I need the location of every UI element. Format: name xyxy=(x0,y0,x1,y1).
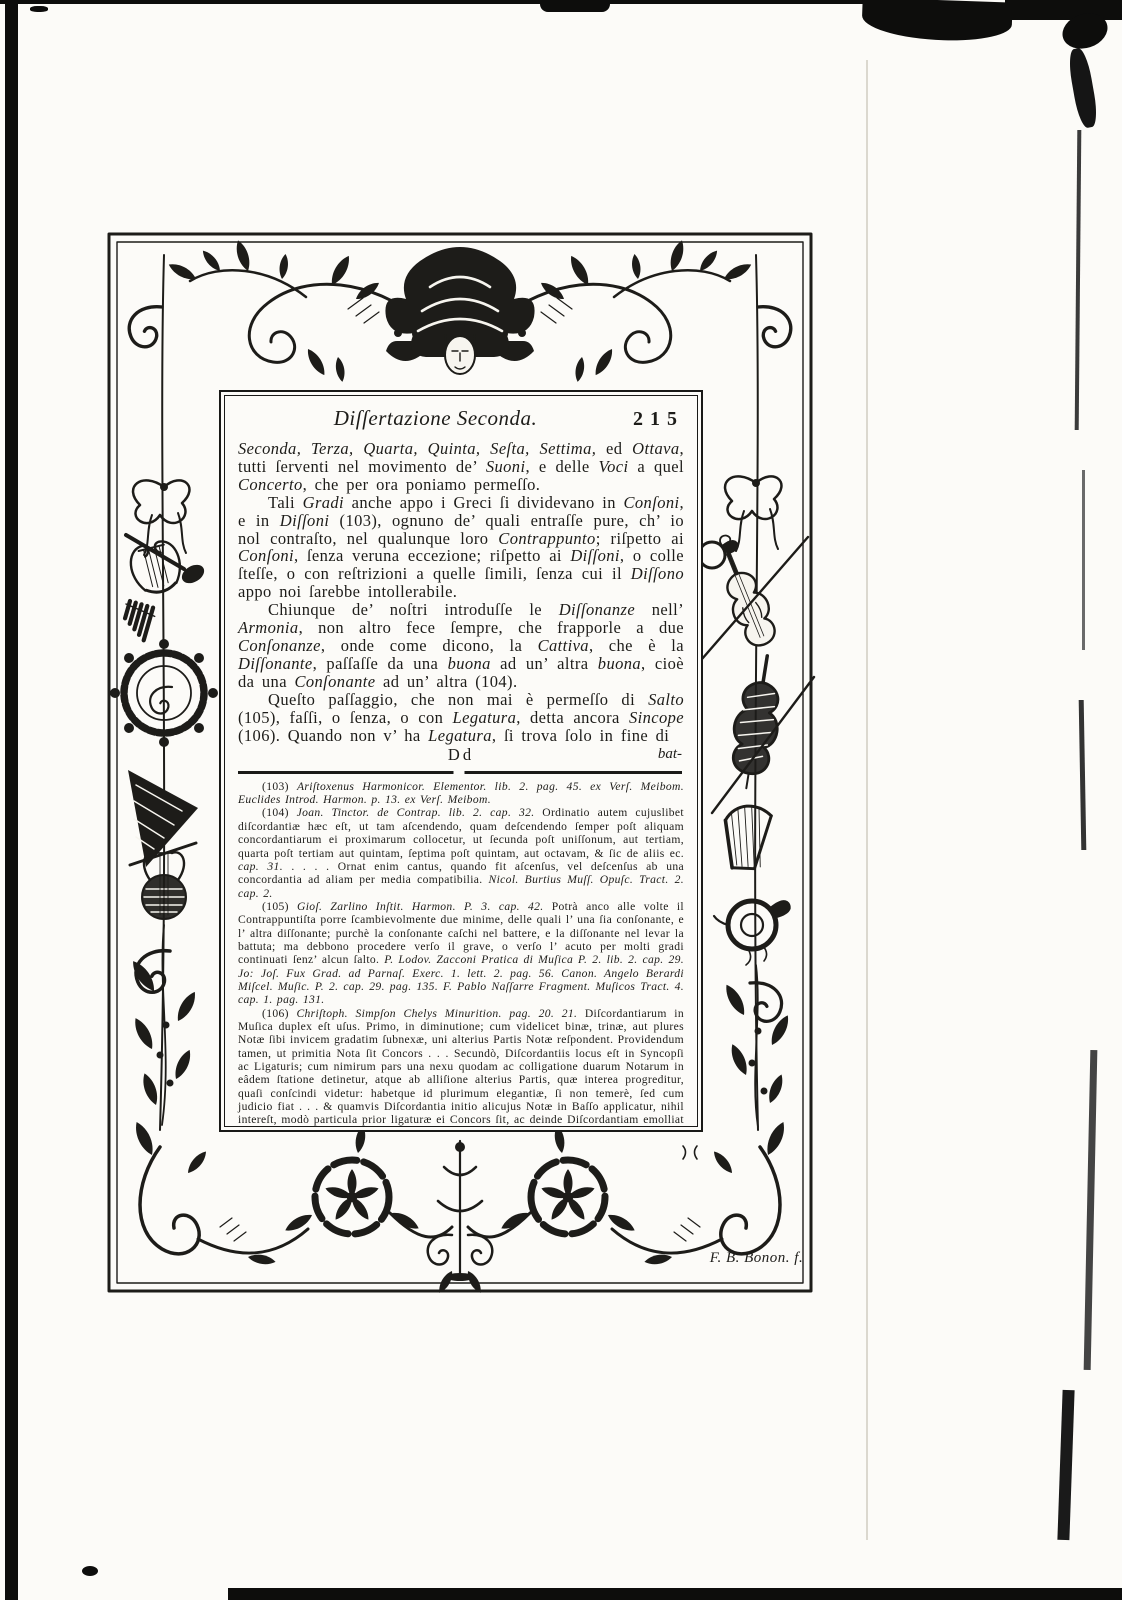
paragraph-3: Chiunque de’ noſtri introduſſe le Diſſon… xyxy=(238,601,684,691)
panpipes-icon xyxy=(118,600,157,641)
main-text: Seconda, Terza, Quarta, Quinta, Seſta, S… xyxy=(238,440,684,744)
book-page-scan: Diſſertazione Seconda. 215 Seconda, Terz… xyxy=(0,0,1122,1600)
violin-icon xyxy=(705,530,782,651)
scan-artifact xyxy=(1084,1050,1098,1370)
left-instrument-trophy xyxy=(110,255,218,1130)
catchword: bat- xyxy=(658,746,682,763)
footnote-rule xyxy=(238,771,682,773)
harp-icon xyxy=(724,802,778,872)
page-title: Diſſertazione Seconda. xyxy=(238,406,633,431)
footnote-104: (104) Joan. Tinctor. de Contrap. lib. 2.… xyxy=(238,806,684,899)
scan-artifact xyxy=(1075,130,1082,430)
page-edge-line xyxy=(866,60,868,1540)
text-box: Diſſertazione Seconda. 215 Seconda, Terz… xyxy=(219,390,703,1132)
footnote-106: (106) Chriſtoph. Simpſon Chelys Minuriti… xyxy=(238,1007,684,1127)
scan-artifact xyxy=(82,1566,98,1576)
footnote-105: (105) Gioſ. Zarlino Inſtit. Harmon. P. 3… xyxy=(238,900,684,1007)
scan-artifact xyxy=(228,1588,1122,1600)
paragraph-4: Queſto paſſaggio, che non mai è permeſſo… xyxy=(238,691,684,745)
footnotes: (103) Ariſtoxenus Harmonicor. Elementor.… xyxy=(238,780,684,1127)
bottom-ornament-band xyxy=(131,1120,788,1295)
scan-artifact xyxy=(1082,470,1085,650)
footnote-103: (103) Ariſtoxenus Harmonicor. Elementor.… xyxy=(238,780,684,807)
right-instrument-trophy xyxy=(699,255,814,1130)
paragraph-1: Seconda, Terza, Quarta, Quinta, Seſta, S… xyxy=(238,440,684,494)
engraver-signature: F. B. Bonon. f. xyxy=(694,1250,819,1267)
quire-signature: Dd xyxy=(238,745,684,765)
scan-artifact xyxy=(5,0,18,1600)
printers-mark xyxy=(683,1146,697,1159)
page-number: 215 xyxy=(633,408,684,431)
scan-artifact xyxy=(1005,0,1122,20)
candelabra-ornament xyxy=(428,1141,493,1295)
lyre-icon xyxy=(127,538,186,597)
rosette-icon xyxy=(283,1125,421,1235)
text-box-inner-rule: Diſſertazione Seconda. 215 Seconda, Terz… xyxy=(224,395,698,1127)
acanthus-scroll-icon xyxy=(131,1120,209,1254)
horn-icon xyxy=(714,900,791,965)
ribbon-bow-icon xyxy=(725,476,781,551)
catchline: Dd bat- xyxy=(238,745,684,765)
scan-artifact xyxy=(0,0,880,4)
scan-artifact xyxy=(30,6,48,12)
scan-artifact xyxy=(861,0,1012,43)
paragraph-2: Tali Gradi anche appo i Greci ſi dividev… xyxy=(238,494,684,601)
scan-artifact xyxy=(1066,47,1100,129)
scan-artifact xyxy=(1057,1390,1074,1540)
scan-artifact xyxy=(1079,700,1087,850)
running-head: Diſſertazione Seconda. 215 xyxy=(238,406,684,431)
scan-artifact xyxy=(540,0,610,12)
